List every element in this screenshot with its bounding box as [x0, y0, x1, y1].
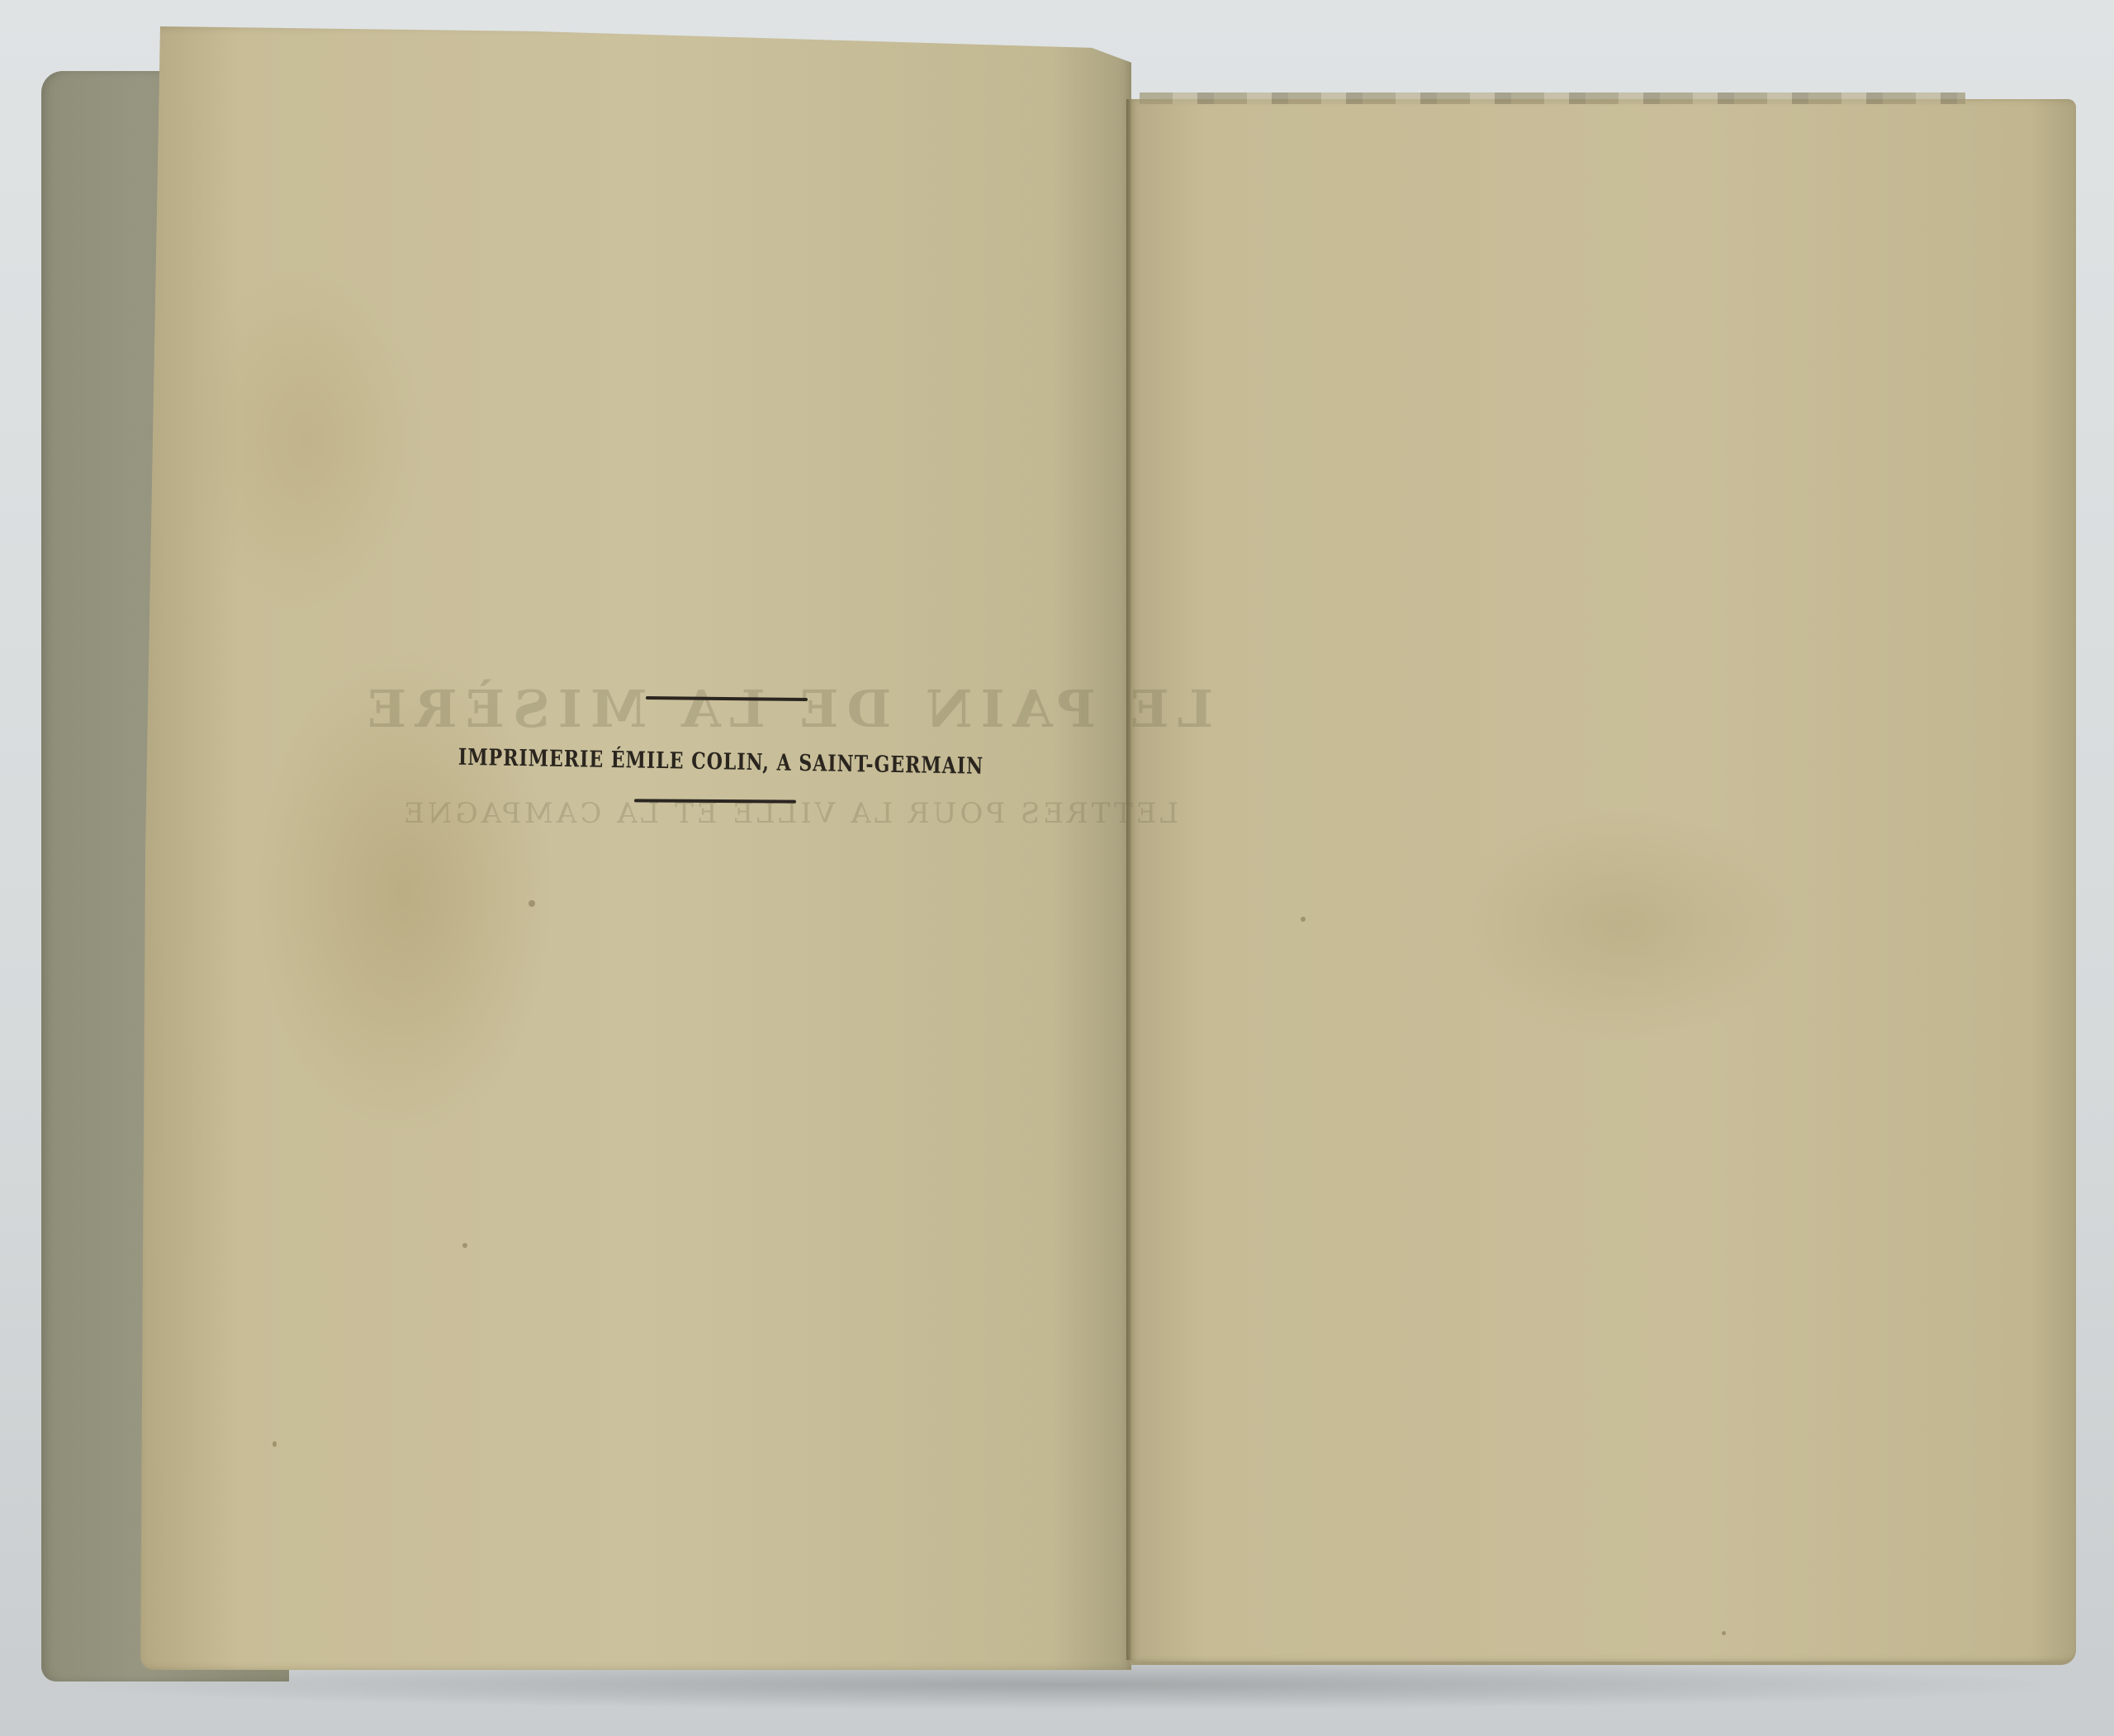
rule-bottom: [634, 799, 796, 803]
foxing-spot: [1301, 917, 1306, 922]
rule-top: [646, 696, 808, 701]
imprint-block: IMPRIMERIE ÉMILE COLIN, A SAINT-GERMAIN: [372, 677, 1115, 859]
printer-imprint: IMPRIMERIE ÉMILE COLIN, A SAINT-GERMAIN: [458, 744, 1036, 781]
foxing-spot: [528, 900, 535, 907]
book-gutter: [1126, 99, 1131, 1660]
foxing-spot: [273, 1441, 277, 1447]
right-page: [1130, 99, 2076, 1665]
foxing-spot: [462, 1243, 467, 1248]
foxing-spot: [1722, 1631, 1726, 1635]
torn-spine-edge: [1140, 92, 1965, 104]
